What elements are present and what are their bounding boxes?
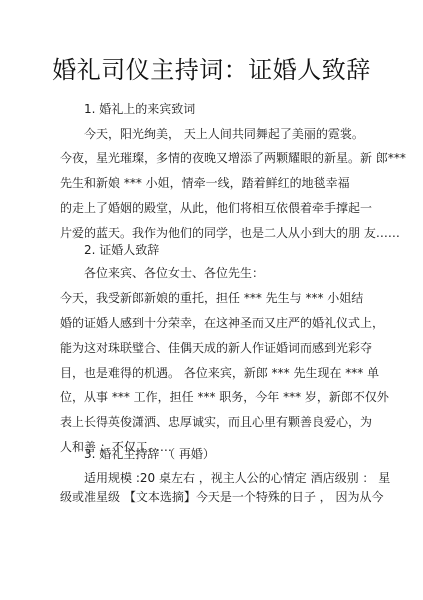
section-3-line-1: 适用规模 :20 桌左右 ，视主人公的心情定 酒店级别 ： 星 [84, 470, 390, 486]
section-2-line-4: 能为这对珠联璧合、佳偶天成的新人作证婚词而感到光彩夺 [60, 340, 372, 356]
section-1-line-5: 片爱的蓝天。我作为他们的同学，也是二人从小到大的朋 友…… [60, 225, 400, 241]
document-title: 婚礼司仪主持词：证婚人致辞 [0, 50, 423, 85]
section-2-line-6: 位，从事 *** 工作，担任 *** 职务，今年 *** 岁，新郎不仅外 [60, 389, 389, 405]
section-1-heading: 1. 婚礼上的来宾致词 [84, 101, 195, 117]
document-page: 婚礼司仪主持词：证婚人致辞 1. 婚礼上的来宾致词 今天，阳光绚美， 天上人间共… [0, 0, 423, 600]
section-3-heading: 3. 婚礼主持辞 （ 再婚） [84, 446, 215, 462]
section-1-line-2: 今夜，星光璀璨，多情的夜晚又增添了两颗耀眼的新星。新 郎*** [60, 150, 406, 166]
section-2-line-7: 表上长得英俊潇洒、忠厚诚实，而且心里有颗善良爱心，为 [60, 414, 372, 430]
section-2-line-3: 婚的证婚人感到十分荣幸，在这神圣而又庄严的婚礼仪式上， [60, 315, 384, 331]
section-2-line-2: 今天，我受新郎新娘的重托，担任 *** 先生与 *** 小姐结 [60, 290, 363, 306]
section-2-heading: 2. 证婚人致辞 [84, 242, 159, 258]
section-2-line-5: 目，也是难得的机遇。 各位来宾，新郎 *** 先生现在 *** 单 [60, 365, 379, 381]
section-1-line-4: 的走上了婚姻的殿堂，从此，他们将相互依偎着牵手撑起一 [60, 200, 372, 216]
section-1-line-1: 今天，阳光绚美， 天上人间共同舞起了美丽的霓裳。 [84, 126, 364, 142]
section-2-line-1: 各位来宾、各位女士、各位先生： [84, 265, 264, 281]
section-1-line-3: 先生和新娘 *** 小姐，情牵一线，踏着鲜红的地毯幸福 [60, 175, 350, 191]
section-3-line-2: 级或准星级 【文本选摘】今天是一个特殊的日子 ， 因为从今 [60, 489, 383, 505]
